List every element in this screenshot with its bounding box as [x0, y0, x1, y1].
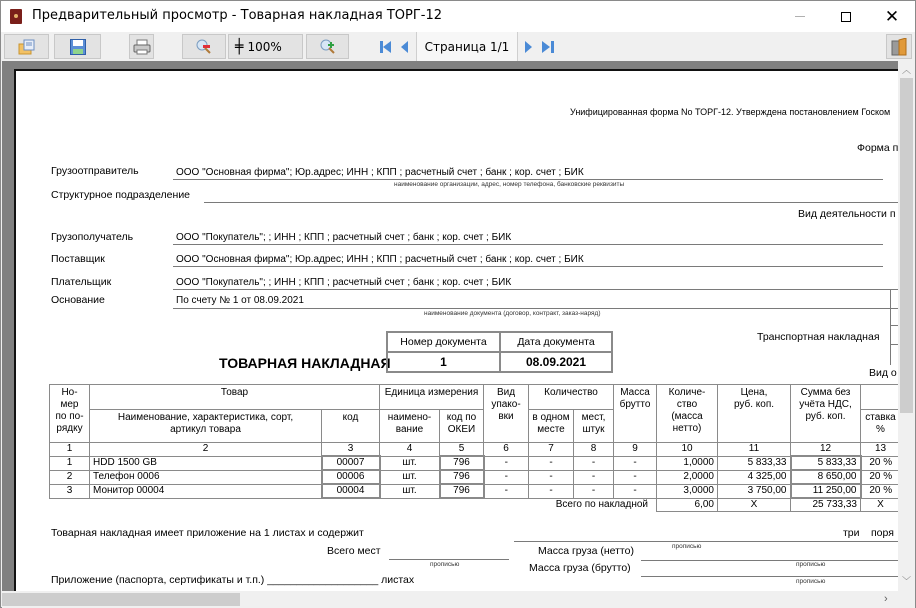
minimize-icon [795, 16, 805, 17]
consignee-label: Грузополучатель [51, 231, 133, 243]
shipper-hint: наименование организации, адрес, номер т… [394, 181, 624, 188]
exit-button[interactable] [886, 34, 912, 59]
header-qty-place: в одном месте [529, 410, 574, 443]
cell-gross: - [614, 484, 657, 498]
doc-date: 08.09.2021 [500, 352, 612, 372]
scroll-corner [898, 591, 915, 608]
cell-name: Монитор 00004 [90, 484, 322, 498]
basis-line [173, 308, 898, 309]
net-mass-hint: прописью [672, 543, 701, 550]
cell-per-place: - [529, 484, 574, 498]
supplier-line [173, 266, 883, 267]
cell-price: 4 325,00 [718, 470, 791, 484]
header-goods-name: Наименование, характеристика, сорт, арти… [90, 410, 322, 443]
basis-hint: наименование документа (договор, контрак… [424, 310, 601, 317]
codes-box-sep1 [890, 325, 898, 326]
zoom-level-label: 100% [247, 40, 281, 54]
save-button[interactable] [54, 34, 101, 59]
cell-unit: шт. [380, 484, 440, 498]
header-goods-code: код [322, 410, 380, 443]
cell-sum: 5 833,33 [791, 456, 861, 470]
scroll-right-icon[interactable]: › [884, 593, 888, 605]
header-pack: Вид упако- вки [484, 385, 529, 443]
cell-rate: 20 % [861, 470, 899, 484]
column-number: 8 [574, 443, 614, 457]
last-page-icon[interactable] [542, 40, 554, 54]
table-row: 2Телефон 000600006шт.796----2,00004 325,… [50, 470, 899, 484]
cell-gross: - [614, 456, 657, 470]
scroll-up-icon[interactable]: ︿ [902, 63, 911, 76]
zoom-fit-icon: ╪ [235, 39, 243, 55]
cell-code: 00007 [322, 456, 380, 470]
gross-mass-hint: прописью [796, 578, 825, 585]
rows-count-line [514, 541, 898, 542]
basis-label: Основание [51, 294, 105, 306]
cell-pack: - [484, 470, 529, 484]
payer-value: ООО "Покупатель"; ; ИНН ; КПП ; расчетны… [176, 277, 511, 288]
minimize-button[interactable] [777, 1, 823, 32]
cell-unit: шт. [380, 470, 440, 484]
net-mass-line [641, 560, 898, 561]
column-numbers-row: 12345678910111213 [50, 443, 899, 457]
cell-n: 3 [50, 484, 90, 498]
cell-pack: - [484, 456, 529, 470]
cell-places: - [574, 484, 614, 498]
column-number: 6 [484, 443, 529, 457]
goods-table: Но- мер по по- рядку Товар Единица измер… [49, 384, 898, 512]
consignee-line [173, 244, 883, 245]
attachment-text: Товарная накладная имеет приложение на 1… [51, 527, 364, 539]
title-bar: Предварительный просмотр - Товарная накл… [1, 1, 915, 32]
close-button[interactable]: ✕ [869, 1, 915, 32]
print-button[interactable] [129, 34, 154, 59]
cell-unit: шт. [380, 456, 440, 470]
payer-line [173, 289, 898, 290]
header-qty: Количество [529, 385, 614, 410]
zoom-out-icon [196, 39, 212, 55]
app-document-icon [10, 9, 22, 24]
zoom-out-button[interactable] [182, 34, 226, 59]
document-number-table: Номер документаДата документа 108.09.202… [386, 331, 613, 373]
header-gross: Масса брутто [614, 385, 657, 443]
shipper-value: ООО "Основная фирма"; Юр.адрес; ИНН ; КП… [176, 167, 584, 178]
basis-value: По счету № 1 от 08.09.2021 [176, 295, 304, 306]
column-number: 12 [791, 443, 861, 457]
consignee-value: ООО "Покупатель"; ; ИНН ; КПП ; расчетны… [176, 232, 511, 243]
header-price: Цена, руб. коп. [718, 385, 791, 443]
horizontal-scrollbar[interactable]: › [2, 591, 898, 608]
cell-sum: 11 250,00 [791, 484, 861, 498]
places-hint: прописью [430, 561, 459, 568]
doc-date-header: Дата документа [500, 332, 612, 352]
exit-door-icon [891, 38, 907, 56]
rows-suffix: поря [871, 527, 894, 539]
scroll-down-icon[interactable]: ﹀ [902, 574, 911, 587]
cell-places: - [574, 470, 614, 484]
supplier-value: ООО "Основная фирма"; Юр.адрес; ИНН ; КП… [176, 254, 584, 265]
zoom-in-icon [320, 39, 336, 55]
table-row: 3Монитор 0000400004шт.796----3,00003 750… [50, 484, 899, 498]
cell-qty: 3,0000 [657, 484, 718, 498]
total-label: Всего по накладной [50, 498, 657, 512]
cell-code: 00006 [322, 470, 380, 484]
cell-qty: 2,0000 [657, 470, 718, 484]
open-icon [18, 39, 36, 55]
maximize-icon [841, 12, 851, 22]
vertical-scrollbar[interactable]: ︿ ﹀ [898, 61, 915, 591]
gross-mass-label: Масса груза (брутто) [529, 562, 631, 574]
division-line [204, 202, 898, 203]
cell-price: 5 833,33 [718, 456, 791, 470]
column-number: 1 [50, 443, 90, 457]
total-price: X [718, 498, 791, 512]
header-num: Но- мер по по- рядку [50, 385, 90, 443]
cell-okei: 796 [440, 470, 484, 484]
zoom-in-button[interactable] [306, 34, 349, 59]
header-unit: Единица измерения [380, 385, 484, 410]
gross-mass-line [641, 576, 898, 577]
net-mass-label: Масса груза (нетто) [538, 545, 634, 557]
cell-per-place: - [529, 470, 574, 484]
cell-rate: 20 % [861, 484, 899, 498]
cell-okei: 796 [440, 484, 484, 498]
open-button[interactable] [4, 34, 49, 59]
cell-n: 2 [50, 470, 90, 484]
transport-label: Транспортная накладная [757, 331, 880, 343]
document-page: Унифицированная форма No ТОРГ-12. Утверж… [14, 69, 898, 591]
cell-code: 00004 [322, 484, 380, 498]
header-goods: Товар [90, 385, 380, 410]
cell-places: - [574, 456, 614, 470]
cell-per-place: - [529, 456, 574, 470]
column-number: 3 [322, 443, 380, 457]
cell-pack: - [484, 484, 529, 498]
window-title: Предварительный просмотр - Товарная накл… [32, 8, 442, 23]
places-line [389, 559, 509, 560]
total-rate: X [861, 498, 899, 512]
header-net: Количе- ство (масса нетто) [657, 385, 718, 443]
unified-form-note: Унифицированная форма No ТОРГ-12. Утверж… [570, 107, 890, 117]
total-sum: 25 733,33 [791, 498, 861, 512]
cell-name: Телефон 0006 [90, 470, 322, 484]
shipper-label: Грузоотправитель [51, 165, 139, 177]
prev-page-icon[interactable] [400, 40, 412, 54]
close-icon: ✕ [885, 7, 899, 27]
print-icon [133, 39, 151, 55]
division-label: Структурное подразделение [51, 189, 190, 201]
rows-count: три [843, 527, 860, 539]
table-row: 1HDD 1500 GB00007шт.796----1,00005 833,3… [50, 456, 899, 470]
column-number: 9 [614, 443, 657, 457]
page-indicator: Страница 1/1 [416, 32, 518, 61]
cell-n: 1 [50, 456, 90, 470]
activity-label: Вид деятельности п [798, 208, 896, 220]
column-number: 11 [718, 443, 791, 457]
doc-number: 1 [387, 352, 500, 372]
form-code-label: Форма п [857, 142, 898, 154]
cell-qty: 1,0000 [657, 456, 718, 470]
cell-price: 3 750,00 [718, 484, 791, 498]
cell-name: HDD 1500 GB [90, 456, 322, 470]
header-unit-name: наимено- вание [380, 410, 440, 443]
header-vat [861, 385, 899, 410]
column-number: 7 [529, 443, 574, 457]
cell-sum: 8 650,00 [791, 470, 861, 484]
header-unit-okei: код по ОКЕИ [440, 410, 484, 443]
operation-kind-label: Вид о [869, 367, 897, 379]
zoom-fit-button[interactable]: ╪ 100% [228, 34, 303, 59]
save-icon [70, 39, 86, 55]
appendix-label: Приложение (паспорта, сертификаты и т.п.… [51, 574, 414, 586]
codes-box-left [890, 290, 891, 365]
first-page-icon[interactable] [380, 40, 392, 54]
cell-rate: 20 % [861, 456, 899, 470]
column-number: 13 [861, 443, 899, 457]
doc-number-header: Номер документа [387, 332, 500, 352]
next-page-icon[interactable] [524, 40, 536, 54]
header-qty-places: мест, штук [574, 410, 614, 443]
document-title: ТОВАРНАЯ НАКЛАДНАЯ [219, 355, 391, 371]
cell-gross: - [614, 470, 657, 484]
column-number: 2 [90, 443, 322, 457]
places-label: Всего мест [327, 545, 381, 557]
column-number: 5 [440, 443, 484, 457]
codes-box-sep2 [890, 344, 898, 345]
gross-mass-hint-top: прописью [796, 561, 825, 568]
shipper-line [173, 179, 883, 180]
header-sum: Сумма без учёта НДС, руб. коп. [791, 385, 861, 443]
cell-okei: 796 [440, 456, 484, 470]
preview-viewport: Унифицированная форма No ТОРГ-12. Утверж… [2, 61, 898, 591]
column-number: 4 [380, 443, 440, 457]
maximize-button[interactable] [823, 1, 869, 32]
header-rate: ставка % [861, 410, 899, 443]
vertical-scroll-thumb[interactable] [900, 78, 913, 413]
horizontal-scroll-thumb[interactable] [2, 593, 240, 606]
column-number: 10 [657, 443, 718, 457]
supplier-label: Поставщик [51, 253, 105, 265]
total-qty: 6,00 [657, 498, 718, 512]
total-row: Всего по накладной 6,00 X 25 733,33 X [50, 498, 899, 512]
payer-label: Плательщик [51, 276, 111, 288]
preview-window: Предварительный просмотр - Товарная накл… [0, 0, 916, 608]
